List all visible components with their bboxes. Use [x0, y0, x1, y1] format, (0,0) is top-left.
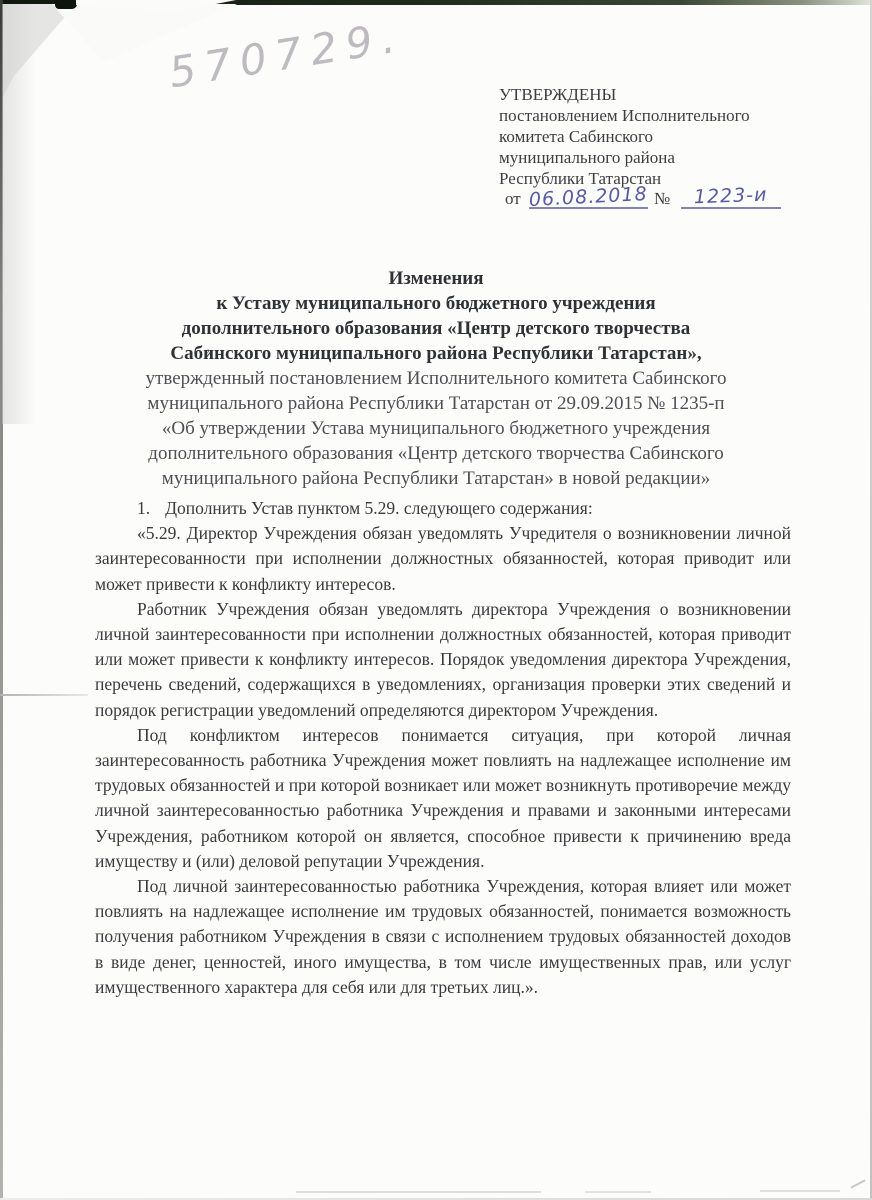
approval-date-line: от 06.08.2018 № 1223-и [499, 188, 849, 209]
scan-left-shade [2, 4, 36, 424]
title-line: муниципального района Республики Татарст… [86, 391, 786, 416]
item-number: 1. [137, 498, 150, 518]
title-line: Изменения [86, 266, 786, 291]
scan-corner-tick [850, 1179, 865, 1188]
date-label: от [505, 189, 521, 208]
pencil-registration-number: 570729. [166, 12, 407, 97]
title-line: дополнительного образования «Центр детск… [86, 441, 786, 466]
body-paragraph: Под личной заинтересованностью работника… [95, 874, 791, 1000]
date-blank-line: 06.08.2018 [529, 192, 648, 209]
approval-line: УТВЕРЖДЕНЫ [499, 84, 849, 105]
title-line: муниципального района Республики Татарст… [86, 466, 786, 491]
title-line: дополнительного образования «Центр детск… [86, 316, 786, 341]
scan-bottom-smudge [760, 1190, 840, 1192]
handwritten-date: 06.08.2018 [529, 187, 648, 208]
scan-edge-blot [55, 0, 77, 9]
body-paragraph: «5.29. Директор Учреждения обязан уведом… [95, 521, 791, 597]
approval-block: УТВЕРЖДЕНЫ постановлением Исполнительног… [499, 84, 849, 209]
amendment-item: 1.Дополнить Устав пунктом 5.29. следующе… [95, 496, 791, 521]
number-sign: № [654, 189, 670, 208]
document-title: Изменения к Уставу муниципального бюджет… [86, 266, 786, 491]
approval-line: постановлением Исполнительного [499, 105, 849, 126]
body-paragraph: Работник Учреждения обязан уведомлять ди… [95, 597, 791, 723]
item-text: Дополнить Устав пунктом 5.29. следующего… [165, 498, 593, 518]
body-paragraph: Под конфликтом интересов понимается ситу… [95, 723, 791, 874]
number-blank-line: 1223-и [681, 192, 781, 209]
scan-bottom-smudge [296, 1191, 541, 1193]
handwritten-number: 1223-и [693, 188, 767, 206]
approval-line: Республики Татарстан [499, 168, 849, 189]
scan-speck: ʼ [206, 346, 210, 362]
approval-line: муниципального района [499, 147, 849, 168]
scanned-document-page: 570729. УТВЕРЖДЕНЫ постановлением Исполн… [0, 0, 872, 1200]
title-line: к Уставу муниципального бюджетного учреж… [86, 291, 786, 316]
title-line: Сабинского муниципального района Республ… [86, 341, 786, 366]
scan-fold-line [0, 694, 88, 696]
approval-line: комитета Сабинского [499, 126, 849, 147]
scan-bottom-smudge [585, 1191, 651, 1193]
title-line: утвержденный постановлением Исполнительн… [86, 366, 786, 391]
document-body: 1.Дополнить Устав пунктом 5.29. следующе… [95, 496, 791, 1000]
title-line: «Об утверждении Устава муниципального бю… [86, 416, 786, 441]
